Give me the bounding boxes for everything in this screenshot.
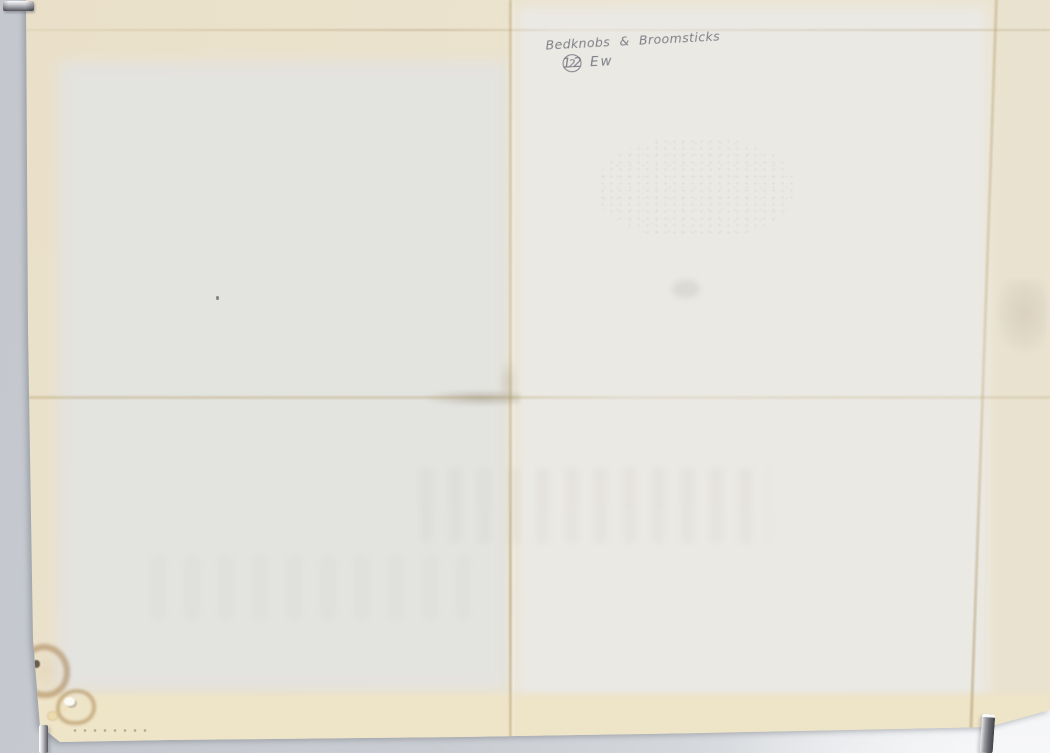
- metal-pin-top-left: [3, 1, 34, 11]
- adhesive-ring-stain: [20, 644, 70, 698]
- paper-bottom-margin-band: [26, 694, 1050, 746]
- faint-pencil-dots: [70, 728, 148, 733]
- paper-right-margin-strip: [1000, 0, 1050, 712]
- faint-smudge: [672, 280, 700, 298]
- paper-sheet-shadow-wrap: Bedknobs & Broomsticks 12 Ew 2: [0, 0, 1050, 753]
- horizontal-center-fold-line: [0, 396, 1050, 399]
- small-stain-drop: [47, 711, 58, 721]
- small-stain-drop: [61, 707, 67, 712]
- stain-glint: [64, 697, 75, 706]
- show-through-ghost-text: [150, 555, 470, 620]
- pencil-note-text: 12 Ew: [562, 53, 614, 72]
- show-through-ghost-text: [420, 468, 770, 543]
- stain-center-dot: [33, 660, 40, 668]
- faint-speckle-stain: [598, 138, 793, 238]
- photo-of-folded-paper-verso: Bedknobs & Broomsticks 12 Ew 2: [0, 0, 1050, 753]
- faint-fan-show-through: [997, 280, 1047, 352]
- small-dark-speck: [216, 296, 219, 300]
- fold-intersection-wrinkle: [498, 358, 518, 406]
- metal-pin-bottom-left: [39, 725, 48, 753]
- horizontal-top-crease: [0, 29, 1050, 31]
- paper-sheet: Bedknobs & Broomsticks 12 Ew 2: [0, 0, 1050, 753]
- metal-pin-bottom-right: [980, 714, 996, 753]
- paper-inner-panel-right: [516, 6, 988, 698]
